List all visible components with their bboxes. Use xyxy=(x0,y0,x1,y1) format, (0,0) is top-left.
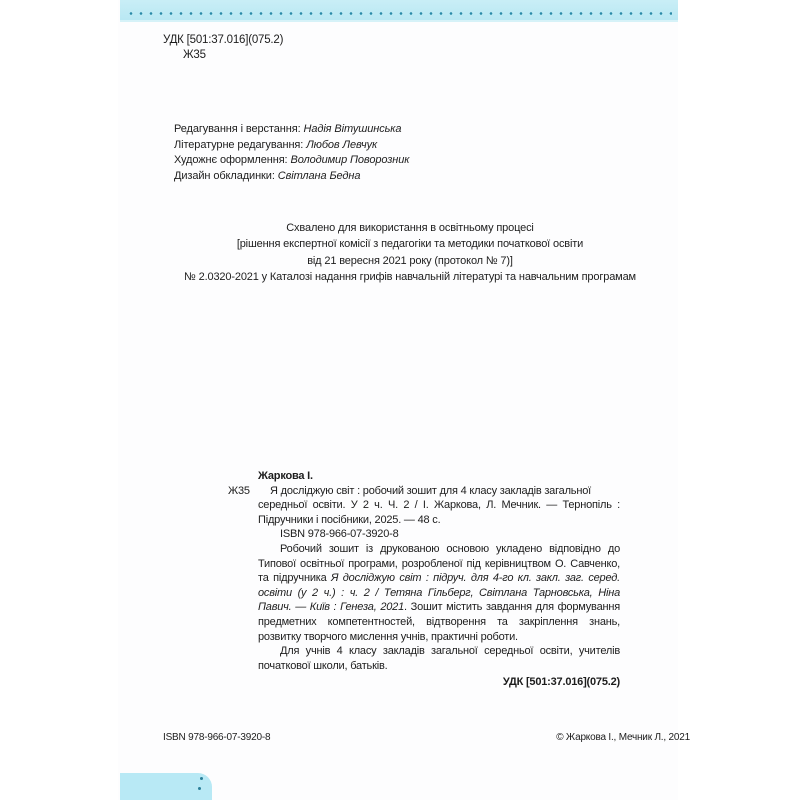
approval-line: № 2.0320-2021 у Каталозі надання грифів … xyxy=(150,269,670,285)
record-isbn: ISBN 978-966-07-3920-8 xyxy=(228,527,620,542)
record-title-row: Ж35 Я досліджую світ : робочий зошит для… xyxy=(228,484,620,499)
decorative-dot xyxy=(198,787,201,790)
approval-notice: Схвалено для використання в освітньому п… xyxy=(150,220,670,285)
footer-isbn: ISBN 978-966-07-3920-8 xyxy=(163,732,270,743)
approval-line: Схвалено для використання в освітньому п… xyxy=(150,220,670,236)
record-udc: УДК [501:37.016](075.2) xyxy=(228,675,620,690)
decorative-bottom-tab xyxy=(120,773,212,800)
approval-line: [рішення експертної комісії з педагогіки… xyxy=(150,236,670,252)
credit-line: Редагування і верстання: Надія Вітушинсь… xyxy=(174,122,409,138)
decorative-top-band xyxy=(120,0,678,22)
udc-header: УДК [501:37.016](075.2) Ж35 xyxy=(163,33,283,63)
approval-line: від 21 вересня 2021 року (протокол № 7)] xyxy=(150,253,670,269)
bibliographic-record: Жаркова І. Ж35 Я досліджую світ : робочи… xyxy=(228,469,620,690)
dotted-line-decoration xyxy=(126,12,672,15)
record-annotation: Робочий зошит із друкованою основою укла… xyxy=(228,542,620,644)
record-author: Жаркова І. xyxy=(228,469,620,484)
author-sign: Ж35 xyxy=(163,48,283,63)
credits-block: Редагування і верстання: Надія Вітушинсь… xyxy=(174,122,409,184)
credit-role: Художнє оформлення: xyxy=(174,154,288,166)
credit-line: Художнє оформлення: Володимир Поворозник xyxy=(174,153,409,169)
credit-name: Надія Вітушинська xyxy=(304,123,402,135)
footer-copyright: © Жаркова І., Мечник Л., 2021 xyxy=(556,732,690,743)
record-title: Я досліджую світ : робочий зошит для 4 к… xyxy=(258,484,591,499)
udc-code: УДК [501:37.016](075.2) xyxy=(163,33,283,48)
credit-name: Володимир Поворозник xyxy=(290,154,409,166)
credit-role: Редагування і верстання: xyxy=(174,123,301,135)
credit-name: Світлана Бедна xyxy=(278,170,361,182)
record-sign: Ж35 xyxy=(228,484,258,499)
record-audience: Для учнів 4 класу закладів загальної сер… xyxy=(228,644,620,673)
credit-line: Літературне редагування: Любов Левчук xyxy=(174,138,409,154)
decorative-dot xyxy=(200,777,203,780)
credit-line: Дизайн обкладинки: Світлана Бедна xyxy=(174,169,409,185)
credit-role: Дизайн обкладинки: xyxy=(174,170,275,182)
record-title-cont: середньої освіти. У 2 ч. Ч. 2 / І. Жарко… xyxy=(228,498,620,527)
credit-role: Літературне редагування: xyxy=(174,139,303,151)
credit-name: Любов Левчук xyxy=(306,139,377,151)
